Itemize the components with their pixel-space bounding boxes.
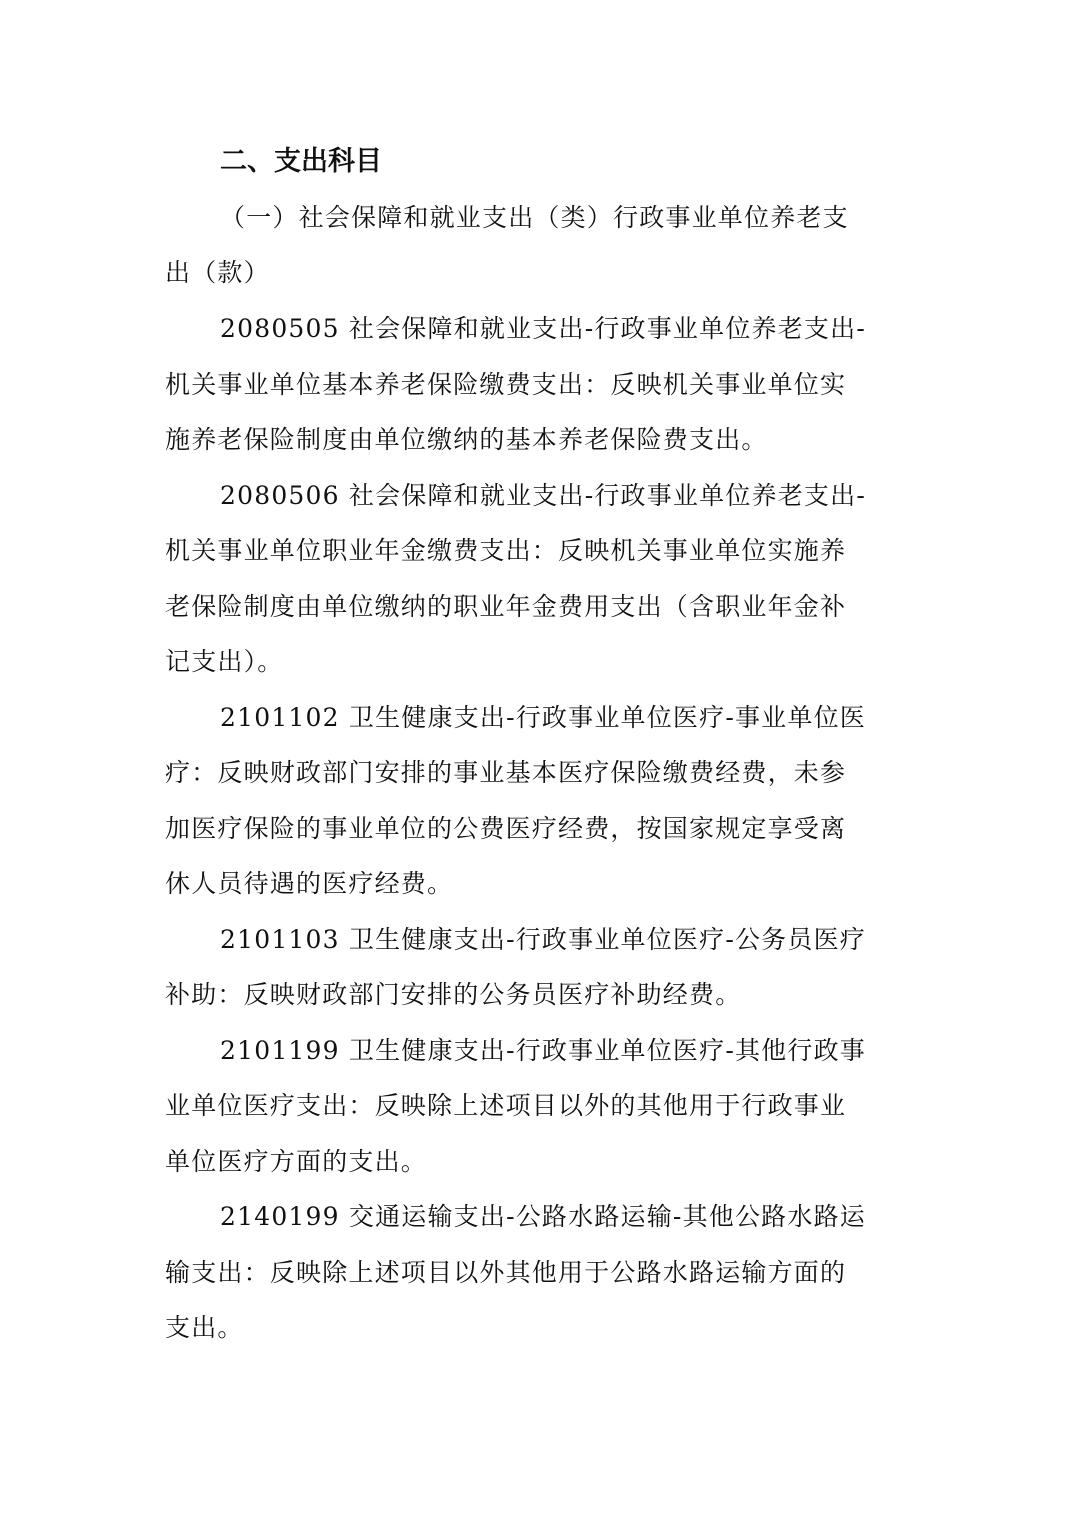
item-line: 休人员待遇的医疗经费。	[165, 868, 925, 900]
item-line: 2140199 交通运输支出-公路水路运输-其他公路水路运	[220, 1201, 980, 1233]
item-line: 2101103 卫生健康支出-行政事业单位医疗-公务员医疗	[220, 924, 980, 956]
document-page: 二、支出科目 （一）社会保障和就业支出（类）行政事业单位养老支 出（款） 208…	[0, 0, 1074, 1520]
item-line: 施养老保险制度由单位缴纳的基本养老保险费支出。	[165, 424, 925, 456]
item-line: 业单位医疗支出：反映除上述项目以外的其他用于行政事业	[165, 1090, 925, 1122]
item-line: 记支出）。	[165, 646, 925, 678]
item-line: 加医疗保险的事业单位的公费医疗经费，按国家规定享受离	[165, 813, 925, 845]
item-line: 老保险制度由单位缴纳的职业年金费用支出（含职业年金补	[165, 591, 925, 623]
item-line: 2101199 卫生健康支出-行政事业单位医疗-其他行政事	[220, 1035, 980, 1067]
subheading-line: （一）社会保障和就业支出（类）行政事业单位养老支	[220, 202, 980, 234]
item-line: 机关事业单位职业年金缴费支出：反映机关事业单位实施养	[165, 535, 925, 567]
subheading-line: 出（款）	[165, 257, 925, 289]
item-line: 疗：反映财政部门安排的事业基本医疗保险缴费经费，未参	[165, 757, 925, 789]
item-line: 补助：反映财政部门安排的公务员医疗补助经费。	[165, 979, 925, 1011]
item-line: 输支出：反映除上述项目以外其他用于公路水路运输方面的	[165, 1257, 925, 1289]
item-line: 机关事业单位基本养老保险缴费支出：反映机关事业单位实	[165, 369, 925, 401]
item-line: 2080505 社会保障和就业支出-行政事业单位养老支出-	[220, 313, 980, 345]
section-heading: 二、支出科目	[220, 146, 980, 178]
item-line: 2080506 社会保障和就业支出-行政事业单位养老支出-	[220, 480, 980, 512]
item-line: 支出。	[165, 1312, 925, 1344]
item-line: 单位医疗方面的支出。	[165, 1146, 925, 1178]
item-line: 2101102 卫生健康支出-行政事业单位医疗-事业单位医	[220, 702, 980, 734]
